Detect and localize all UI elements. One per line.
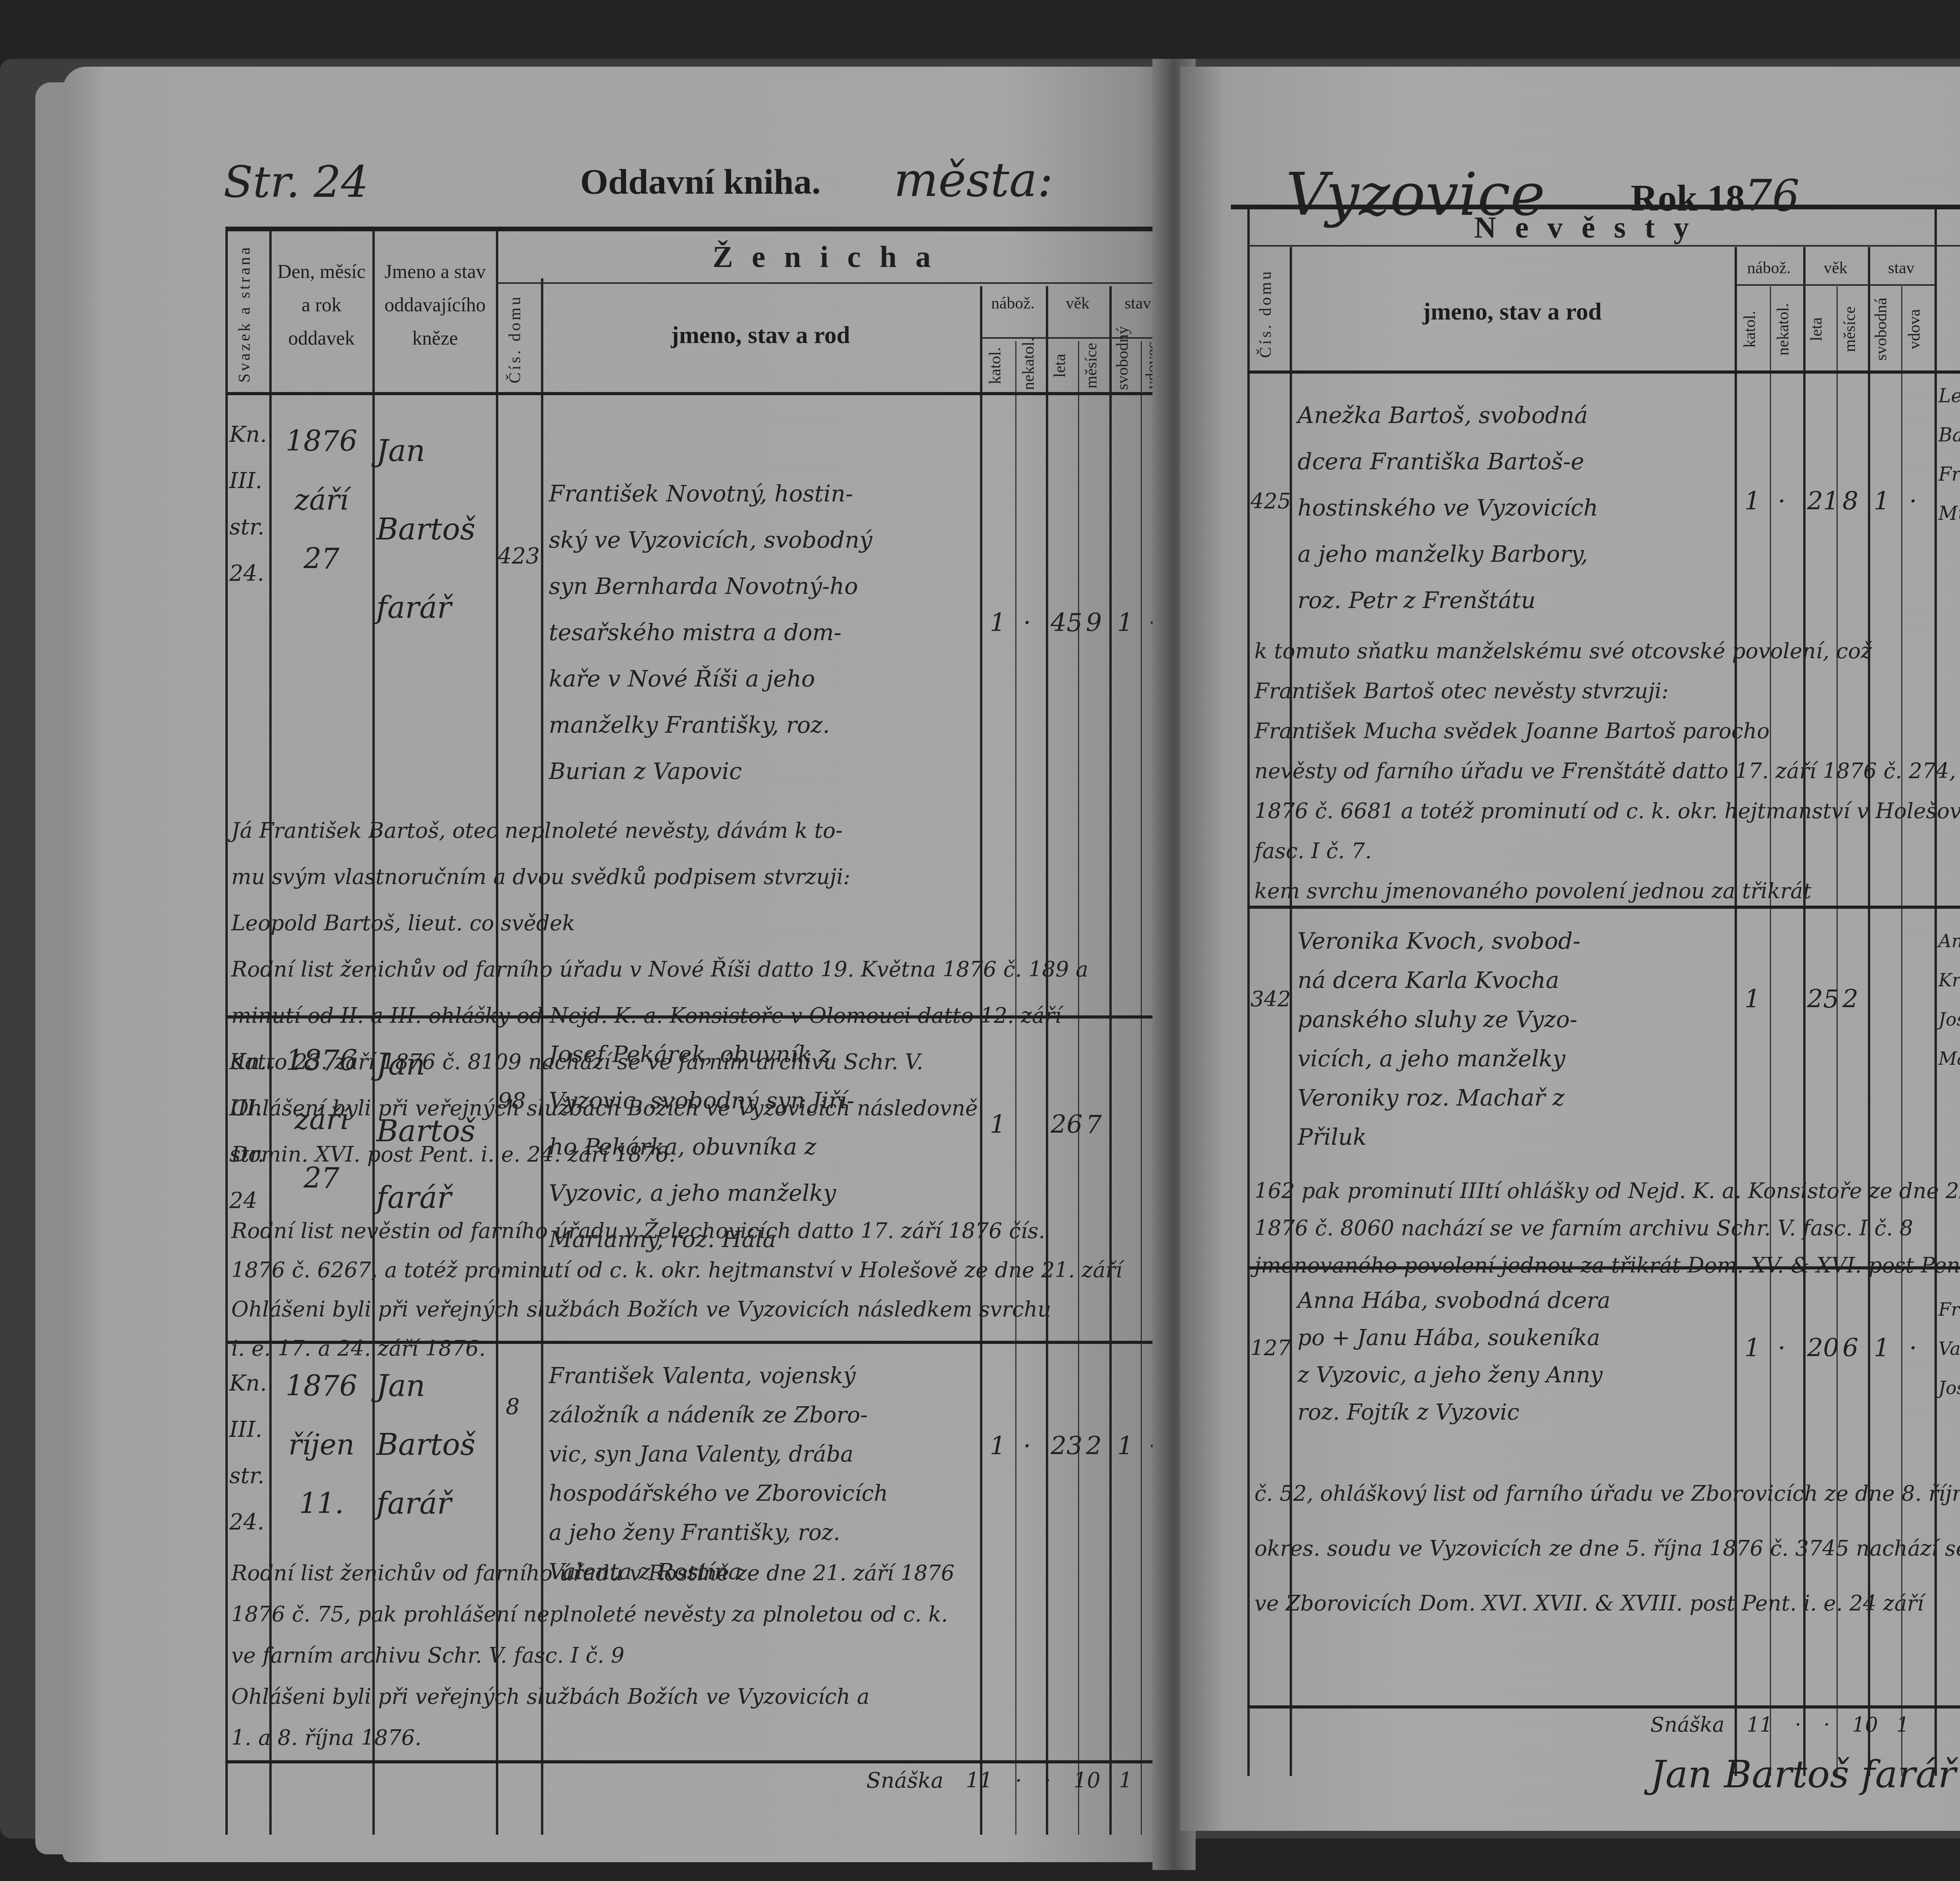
house-number: 98 [498, 1078, 541, 1124]
marriage-date: 1876 září 27 [274, 1031, 368, 1207]
svazek: Kn. III. str. 24 [229, 1039, 269, 1224]
house-number: 425 [1250, 478, 1290, 525]
text-line: Vyzovic, svobodný syn Jiří- [549, 1077, 980, 1124]
text-line: syn Bernharda Novotný-ho [549, 563, 980, 609]
witness-names: Antonín Kratky Josef Mana [1938, 921, 1960, 1078]
summary-label: Snáška [866, 1768, 944, 1793]
table-bottom-rule [225, 1760, 1166, 1763]
text-line: Kratky [1938, 960, 1960, 1000]
text-line: kaře v Nové Říši a jeho [549, 655, 980, 702]
header-line: Jmeno a stav [374, 255, 496, 288]
header-line: oddavajícího [374, 288, 496, 321]
col-header-vek: věk [1803, 259, 1868, 278]
text-line: str. [229, 1131, 269, 1178]
entry-notes: Rodní list ženichův od farního úřadu v R… [231, 1552, 955, 1758]
text-line: František Valenta, vojenský [549, 1356, 980, 1396]
text-line: Jan [376, 1031, 494, 1098]
text-line: ho Pekárka, obuvníka z [549, 1124, 980, 1170]
note-line: mu svým vlastnoručním a dvou svědků podp… [231, 854, 1088, 900]
text-line: Jan [376, 1356, 494, 1415]
widow-value: · [1909, 478, 1917, 525]
katol-value: 1 [990, 600, 1006, 646]
summary-row: Snáška 11 · · 10 1 [1650, 1713, 1909, 1737]
col-header-vek: věk [1046, 294, 1109, 313]
text-line: manželky Františky, roz. [549, 702, 980, 748]
right-page: Vyzovice Rok 1876 Nevěsty Svědkův Čís. d… [1180, 67, 1960, 1831]
text-line: Anna Hába, svobodná dcera [1298, 1282, 1733, 1319]
text-line: 1876 [274, 1031, 368, 1090]
text-line: Bartoš [376, 1098, 494, 1164]
text-line: dcera Františka Bartoš-e [1298, 438, 1733, 485]
text-line: František [1938, 1290, 1960, 1329]
col-header-witness-name: jmeno [1935, 298, 1960, 325]
col-header-knez: Jmeno a stav oddavajícího kněze [374, 255, 496, 355]
age-years: 21 [1807, 478, 1839, 525]
text-line: Bartoš [376, 1415, 494, 1474]
register-title: Oddavní kniha. [580, 161, 821, 202]
text-line: září [274, 1090, 368, 1149]
header-line: Den, měsíc [270, 255, 372, 288]
age-months: 2 [1086, 1423, 1102, 1469]
note-line: 1. a 8. října 1876. [231, 1717, 955, 1758]
page-label: Str. 24 [223, 157, 368, 207]
summary-value: · [1015, 1768, 1022, 1793]
column-rule [1141, 341, 1142, 1835]
col-header-svobodny: svobodný [1113, 341, 1137, 390]
groom-name-status: František Novotný, hostin- ský ve Vyzovi… [549, 470, 980, 794]
text-line: III. [229, 458, 269, 504]
bride-name-status: Veronika Kvoch, svobod- ná dcera Karla K… [1298, 921, 1733, 1157]
text-line: František [1938, 455, 1960, 494]
text-line: Přiluk [1298, 1117, 1733, 1157]
col-header-cis-domu: Čís. domu [506, 290, 529, 388]
text-line: Bartoš [376, 490, 494, 568]
entry-divider [225, 1015, 1166, 1019]
text-line: vicích, a jeho manželky [1298, 1039, 1733, 1078]
house-number: 342 [1250, 976, 1290, 1022]
katol-value: 1 [1744, 976, 1760, 1022]
col-header-svobodna: svobodná [1872, 290, 1895, 369]
text-line: 1876 [274, 1356, 368, 1415]
header-bottom-rule [225, 392, 1166, 395]
page-stack-edge [35, 82, 67, 1854]
col-header-katol: katol. [1740, 290, 1764, 369]
text-line: ský ve Vyzovicích, svobodný [549, 517, 980, 563]
entry-notes: č. 52, ohláškový list od farního úřadu v… [1254, 1466, 1960, 1631]
column-rule [1109, 286, 1112, 1835]
text-line: Antonín [1938, 921, 1960, 960]
age-months: 2 [1842, 976, 1858, 1022]
note-line: jmenovaného povolení jednou za třikrát D… [1254, 1247, 1960, 1284]
text-line: 27 [274, 1149, 368, 1207]
note-line: František Mucha svědek Joanne Bartoš par… [1254, 711, 1960, 751]
summary-value: 11 [1747, 1713, 1773, 1737]
col-header-leta: leta [1807, 290, 1831, 369]
witness-names: František Vašíček Josef Kraft [1938, 1290, 1960, 1407]
text-line: roz. Fojtík z Vyzovic [1298, 1394, 1733, 1431]
header-rule [980, 337, 1166, 339]
col-header-mesice: měsíce [1840, 290, 1864, 369]
text-line: tesařského mistra a dom- [549, 609, 980, 655]
section-header-bride: Nevěsty [1247, 210, 1935, 245]
note-line: kem svrchu jmenovaného povolení jednou z… [1254, 871, 1960, 911]
text-line: Veroniky roz. Machař z [1298, 1078, 1733, 1117]
officiating-priest: Jan Bartoš farář [376, 1031, 494, 1231]
column-rule [1247, 208, 1250, 1776]
summary-value: 11 [966, 1768, 993, 1793]
text-line: Kn. [229, 1360, 269, 1407]
note-line: ve farním archivu Schr. V. fasc. I č. 9 [231, 1635, 955, 1676]
text-line: Burian z Vapovic [549, 748, 980, 794]
summary-value: · [1824, 1713, 1830, 1737]
text-line: Bartoš [1938, 416, 1960, 455]
text-line: a jeho manželky Barbory, [1298, 531, 1733, 577]
col-header-jmeno: jmeno, stav a rod [541, 321, 980, 349]
text-line: str. [229, 504, 269, 550]
col-header-mesice: měsíce [1082, 341, 1105, 390]
entry-divider [225, 1341, 1166, 1344]
header-rule [1247, 245, 1960, 247]
age-years: 20 [1807, 1325, 1839, 1371]
header-rule [496, 282, 1166, 284]
header-bottom-rule [1247, 370, 1960, 374]
katol-value: 1 [1744, 1325, 1760, 1371]
section-header-witnesses: Svědkův [1935, 210, 1960, 245]
age-months: 6 [1842, 1325, 1858, 1371]
text-line: záložník a nádeník ze Zboro- [549, 1396, 980, 1435]
entry-divider [1247, 906, 1960, 909]
text-line: Anežka Bartoš, svobodná [1298, 392, 1733, 438]
col-header-datum: Den, měsíc a rok oddavek [270, 255, 372, 355]
single-value: 1 [1117, 600, 1133, 646]
text-line: vic, syn Jana Valenty, drába [549, 1435, 980, 1474]
table-bottom-rule [1247, 1705, 1960, 1709]
col-header-svazek: Svazek a strana [235, 239, 259, 388]
col-header-naboz: nábož. [1735, 259, 1803, 278]
note-line: č. 52, ohláškový list od farního úřadu v… [1254, 1466, 1960, 1521]
text-line: Kn. [229, 1039, 269, 1085]
summary-value: 1 [1119, 1768, 1132, 1793]
note-line: Rodní list nevěstin od farního úřadu v Ž… [231, 1211, 1122, 1251]
text-line: Mana [1938, 1039, 1960, 1078]
note-line: okres. soudu ve Vyzovicích ze dne 5. říj… [1254, 1521, 1960, 1576]
note-line: Já František Bartoš, otec neplnoleté nev… [231, 808, 1088, 854]
col-header-nekatol: nekatol. [1019, 341, 1043, 390]
single-value: 1 [1874, 1325, 1890, 1371]
text-line: hostinského ve Vyzovicích [1298, 485, 1733, 531]
text-line: ná dcera Karla Kvocha [1298, 960, 1733, 1000]
summary-row: Snáška 11 · · 10 1 [866, 1768, 1132, 1793]
age-months: 9 [1086, 600, 1102, 646]
text-line: Mucha [1938, 494, 1960, 533]
note-line: ve Zborovicích Dom. XVI. XVII. & XVIII. … [1254, 1576, 1960, 1631]
note-line: Ohlášeni byli při veřejných službách Bož… [231, 1676, 955, 1717]
katol-value: 1 [990, 1423, 1006, 1469]
summary-value: 1 [1896, 1713, 1909, 1737]
text-line: po + Janu Hába, soukeníka [1298, 1319, 1733, 1356]
note-line: 162 pak prominutí IIItí ohlášky od Nejd.… [1254, 1172, 1960, 1209]
header-rule [1735, 284, 1935, 286]
col-header-cis-domu: Čís. domu [1256, 259, 1280, 369]
entry-notes: k tomuto sňatku manželskému své otcovské… [1254, 631, 1960, 911]
katol-value: 1 [1744, 478, 1760, 525]
text-line: Vašíček [1938, 1329, 1960, 1368]
left-page: Str. 24 Oddavní kniha. města: Svazek a s… [63, 67, 1172, 1862]
col-header-jmeno: jmeno, stav a rod [1290, 298, 1735, 326]
note-line: Rodní list ženichův od farního úřadu v R… [231, 1552, 955, 1594]
summary-value: 10 [1852, 1713, 1878, 1737]
text-line: str. [229, 1453, 269, 1499]
widow-value: · [1909, 1325, 1917, 1371]
nekatol-value: · [1778, 1325, 1786, 1371]
text-line: František Novotný, hostin- [549, 470, 980, 517]
text-line: Josef Pekárek, obuvník z [549, 1031, 980, 1077]
age-years: 25 [1807, 976, 1839, 1022]
house-number: 423 [498, 533, 541, 579]
age-years: 23 [1051, 1423, 1082, 1469]
text-line: III. [229, 1085, 269, 1131]
text-line: roz. Petr z Frenštátu [1298, 577, 1733, 623]
header-line: a rok [270, 288, 372, 321]
table-top-rule [1231, 205, 1960, 209]
priest-signature: Jan Bartoš farář [1650, 1752, 1956, 1796]
text-line: farář [376, 1474, 494, 1533]
note-line: 1876 č. 8060 nachází se ve farním archiv… [1254, 1209, 1960, 1247]
age-years: 26 [1051, 1102, 1082, 1148]
summary-value: 10 [1073, 1768, 1100, 1793]
witness-names: Leopold Bartoš František Mucha [1938, 376, 1960, 533]
text-line: Veronika Kvoch, svobod- [1298, 921, 1733, 960]
house-number: 127 [1250, 1325, 1290, 1371]
svazek: Kn. III. str. 24. [229, 1360, 269, 1545]
column-rule [225, 227, 228, 1835]
text-line: 24. [229, 1499, 269, 1545]
note-line: Rodní list ženichův od farního úřadu v N… [231, 946, 1088, 993]
note-line: nevěsty od farního úřadu ve Frenštátě da… [1254, 751, 1960, 791]
entry-divider [1247, 1266, 1960, 1269]
text-line: září [274, 470, 368, 529]
col-header-leta: leta [1051, 341, 1074, 390]
note-line: 1876 č. 6681 a totéž prominutí od c. k. … [1254, 791, 1960, 831]
note-line: Leopold Bartoš, lieut. co svědek [231, 900, 1088, 946]
age-years: 45 [1051, 600, 1082, 646]
officiating-priest: Jan Bartoš farář [376, 412, 494, 647]
header-line: oddavek [270, 321, 372, 355]
marriage-date: 1876 září 27 [274, 412, 368, 588]
nekatol-value: · [1778, 478, 1786, 525]
col-header-naboz: nábož. [980, 294, 1046, 313]
text-line: Josef Kraft [1938, 1368, 1960, 1407]
text-line: III. [229, 1407, 269, 1453]
note-line: k tomuto sňatku manželskému své otcovské… [1254, 631, 1960, 671]
text-line: Leopold [1938, 376, 1960, 416]
single-value: 1 [1117, 1423, 1133, 1469]
col-header-katol: katol. [986, 341, 1009, 390]
note-line: 1876 č. 6267, a totéž prominutí od c. k.… [231, 1251, 1122, 1290]
katol-value: 1 [990, 1102, 1006, 1148]
text-line: panského sluhy ze Vyzo- [1298, 1000, 1733, 1039]
title-handwritten: města: [894, 153, 1053, 207]
text-line: farář [376, 568, 494, 647]
officiating-priest: Jan Bartoš farář [376, 1356, 494, 1533]
text-line: Vyzovic, a jeho manželky [549, 1170, 980, 1216]
note-line: František Bartoš otec nevěsty stvrzuji: [1254, 671, 1960, 711]
age-months: 8 [1842, 478, 1858, 525]
summary-value: · [1795, 1713, 1802, 1737]
text-line: říjen [274, 1415, 368, 1474]
single-value: 1 [1874, 478, 1890, 525]
age-months: 7 [1086, 1102, 1102, 1148]
text-line: 1876 [274, 412, 368, 470]
section-header-groom: Ženicha [496, 239, 1166, 274]
text-line: hospodářského ve Zborovicích [549, 1474, 980, 1513]
summary-label: Snáška [1650, 1713, 1724, 1737]
nekatol-value: · [1023, 600, 1031, 646]
bride-name-status: Anežka Bartoš, svobodná dcera Františka … [1298, 392, 1733, 623]
text-line: 11. [274, 1474, 368, 1533]
marriage-date: 1876 říjen 11. [274, 1356, 368, 1533]
header-line: kněze [374, 321, 496, 355]
text-line: 24. [229, 550, 269, 597]
note-line: Ohlášeni byli při veřejných službách Bož… [231, 1290, 1122, 1329]
svazek: Kn. III. str. 24. [229, 412, 269, 597]
col-header-stav: stav [1868, 259, 1935, 278]
house-number: 8 [506, 1384, 541, 1430]
entry-notes: Rodní list nevěstin od farního úřadu v Ž… [231, 1211, 1122, 1368]
text-line: Jan [376, 412, 494, 490]
note-line: 1876 č. 75, pak prohlášení neplnoleté ne… [231, 1594, 955, 1635]
col-header-vdova: vdova [1905, 290, 1929, 369]
bride-name-status: Anna Hába, svobodná dcera po + Janu Hába… [1298, 1282, 1733, 1431]
summary-value: · [1044, 1768, 1051, 1793]
note-line: fasc. I č. 7. [1254, 831, 1960, 871]
text-line: a jeho ženy Františky, roz. [549, 1513, 980, 1552]
col-header-nekatol: nekatol. [1774, 290, 1797, 369]
text-line: z Vyzovic, a jeho ženy Anny [1298, 1356, 1733, 1394]
text-line: Josef [1938, 1000, 1960, 1039]
table-top-rule [225, 227, 1166, 231]
text-line: Kn. [229, 412, 269, 458]
nekatol-value: · [1023, 1423, 1031, 1469]
text-line: 27 [274, 529, 368, 588]
